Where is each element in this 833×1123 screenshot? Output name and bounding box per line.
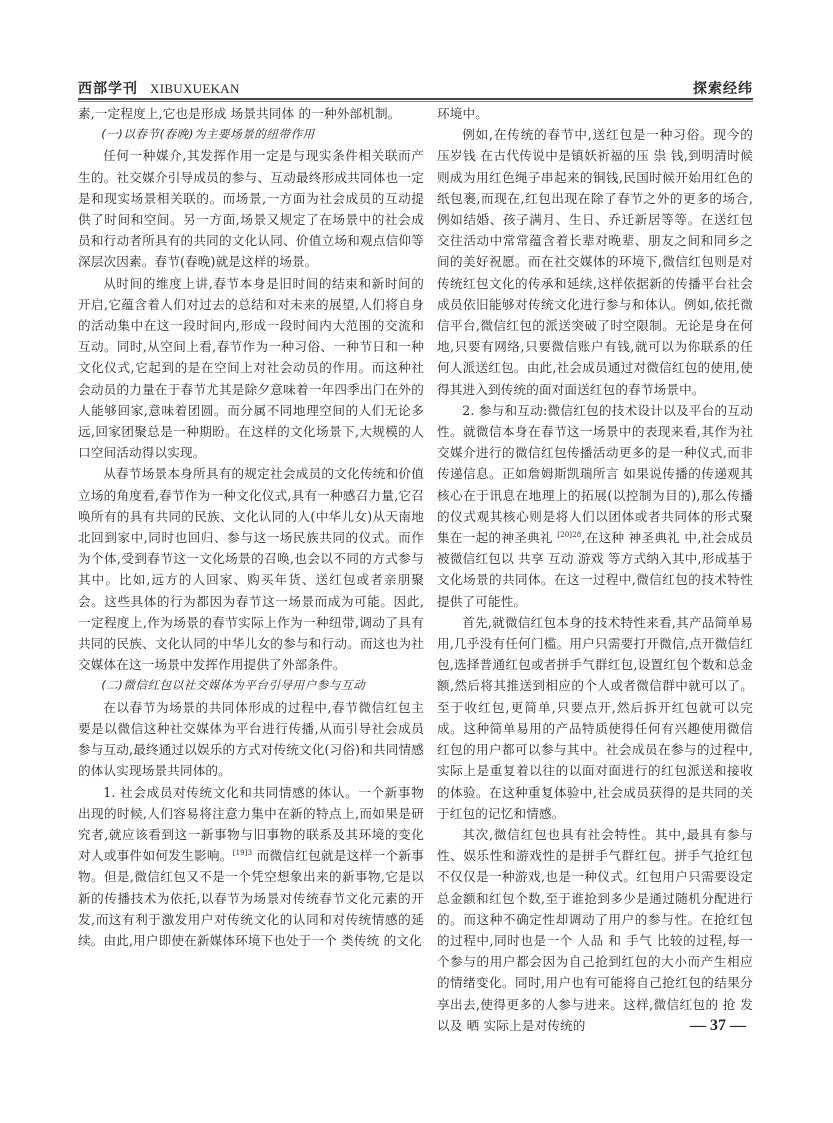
paragraph: 例如,在传统的春节中,送红包是一种习俗。现今的 压岁钱 在古代传说中是镇妖祈福的… — [437, 124, 753, 400]
right-column: 环境中。 例如,在传统的春节中,送红包是一种习俗。现今的 压岁钱 在古代传说中是… — [437, 103, 753, 1036]
paragraph-text: 2. 参与和互动:微信红包的技术设计以及平台的互动性。就微信本身在春节这一场景中… — [437, 403, 753, 545]
journal-title: 西部学刊XIBUXUEKAN — [78, 78, 240, 98]
paragraph: 在以春节为场景的共同体形成的过程中,春节微信红包主要是以微信这种社交媒体为平台进… — [78, 697, 424, 782]
citation: [19]3 — [233, 849, 253, 857]
paragraph: 从时间的维度上讲,春节本身是旧时间的结束和新时间的开启,它蕴含着人们对过去的总结… — [78, 273, 424, 464]
running-header: 西部学刊XIBUXUEKAN 探索经纬 — [78, 78, 753, 98]
paragraph: 从春节场景本身所具有的规定社会成员的文化传统和价值立场的角度看,春节作为一种文化… — [78, 463, 424, 675]
subheading: (一)以春节(春晚)为主要场景的纽带作用 — [78, 124, 424, 145]
page-number: — 37 — — [690, 1017, 746, 1035]
section-title: 探索经纬 — [693, 78, 753, 98]
subheading: (二)微信红包以社交媒体为平台引导用户参与互动 — [78, 675, 424, 696]
paragraph: 其次,微信红包也具有社会特性。其中,最具有参与性、娱乐性和游戏性的是拼手气群红包… — [437, 824, 753, 1036]
journal-name-cn: 西部学刊 — [78, 81, 138, 97]
header-rule — [78, 98, 753, 100]
paragraph: 环境中。 — [437, 103, 753, 124]
left-column: 素,一定程度上,它也是形成 场景共同体 的一种外部机制。 (一)以春节(春晚)为… — [78, 103, 424, 951]
paragraph: 首先,就微信红包本身的技术特性来看,其产品简单易用,几乎没有任何门槛。用户只需要… — [437, 612, 753, 824]
paragraph: 任何一种媒介,其发挥作用一定是与现实条件相关联而产生的。社交媒介引导成员的参与、… — [78, 145, 424, 272]
paragraph: 1. 社会成员对传统文化和共同情感的体认。一个新事物出现的时候,人们容易将注意力… — [78, 782, 424, 952]
journal-name-en: XIBUXUEKAN — [150, 81, 240, 96]
paragraph: 素,一定程度上,它也是形成 场景共同体 的一种外部机制。 — [78, 103, 424, 124]
citation: [20]28 — [557, 531, 581, 539]
paragraph: 2. 参与和互动:微信红包的技术设计以及平台的互动性。就微信本身在春节这一场景中… — [437, 400, 753, 612]
header-rule-thin — [78, 101, 753, 102]
